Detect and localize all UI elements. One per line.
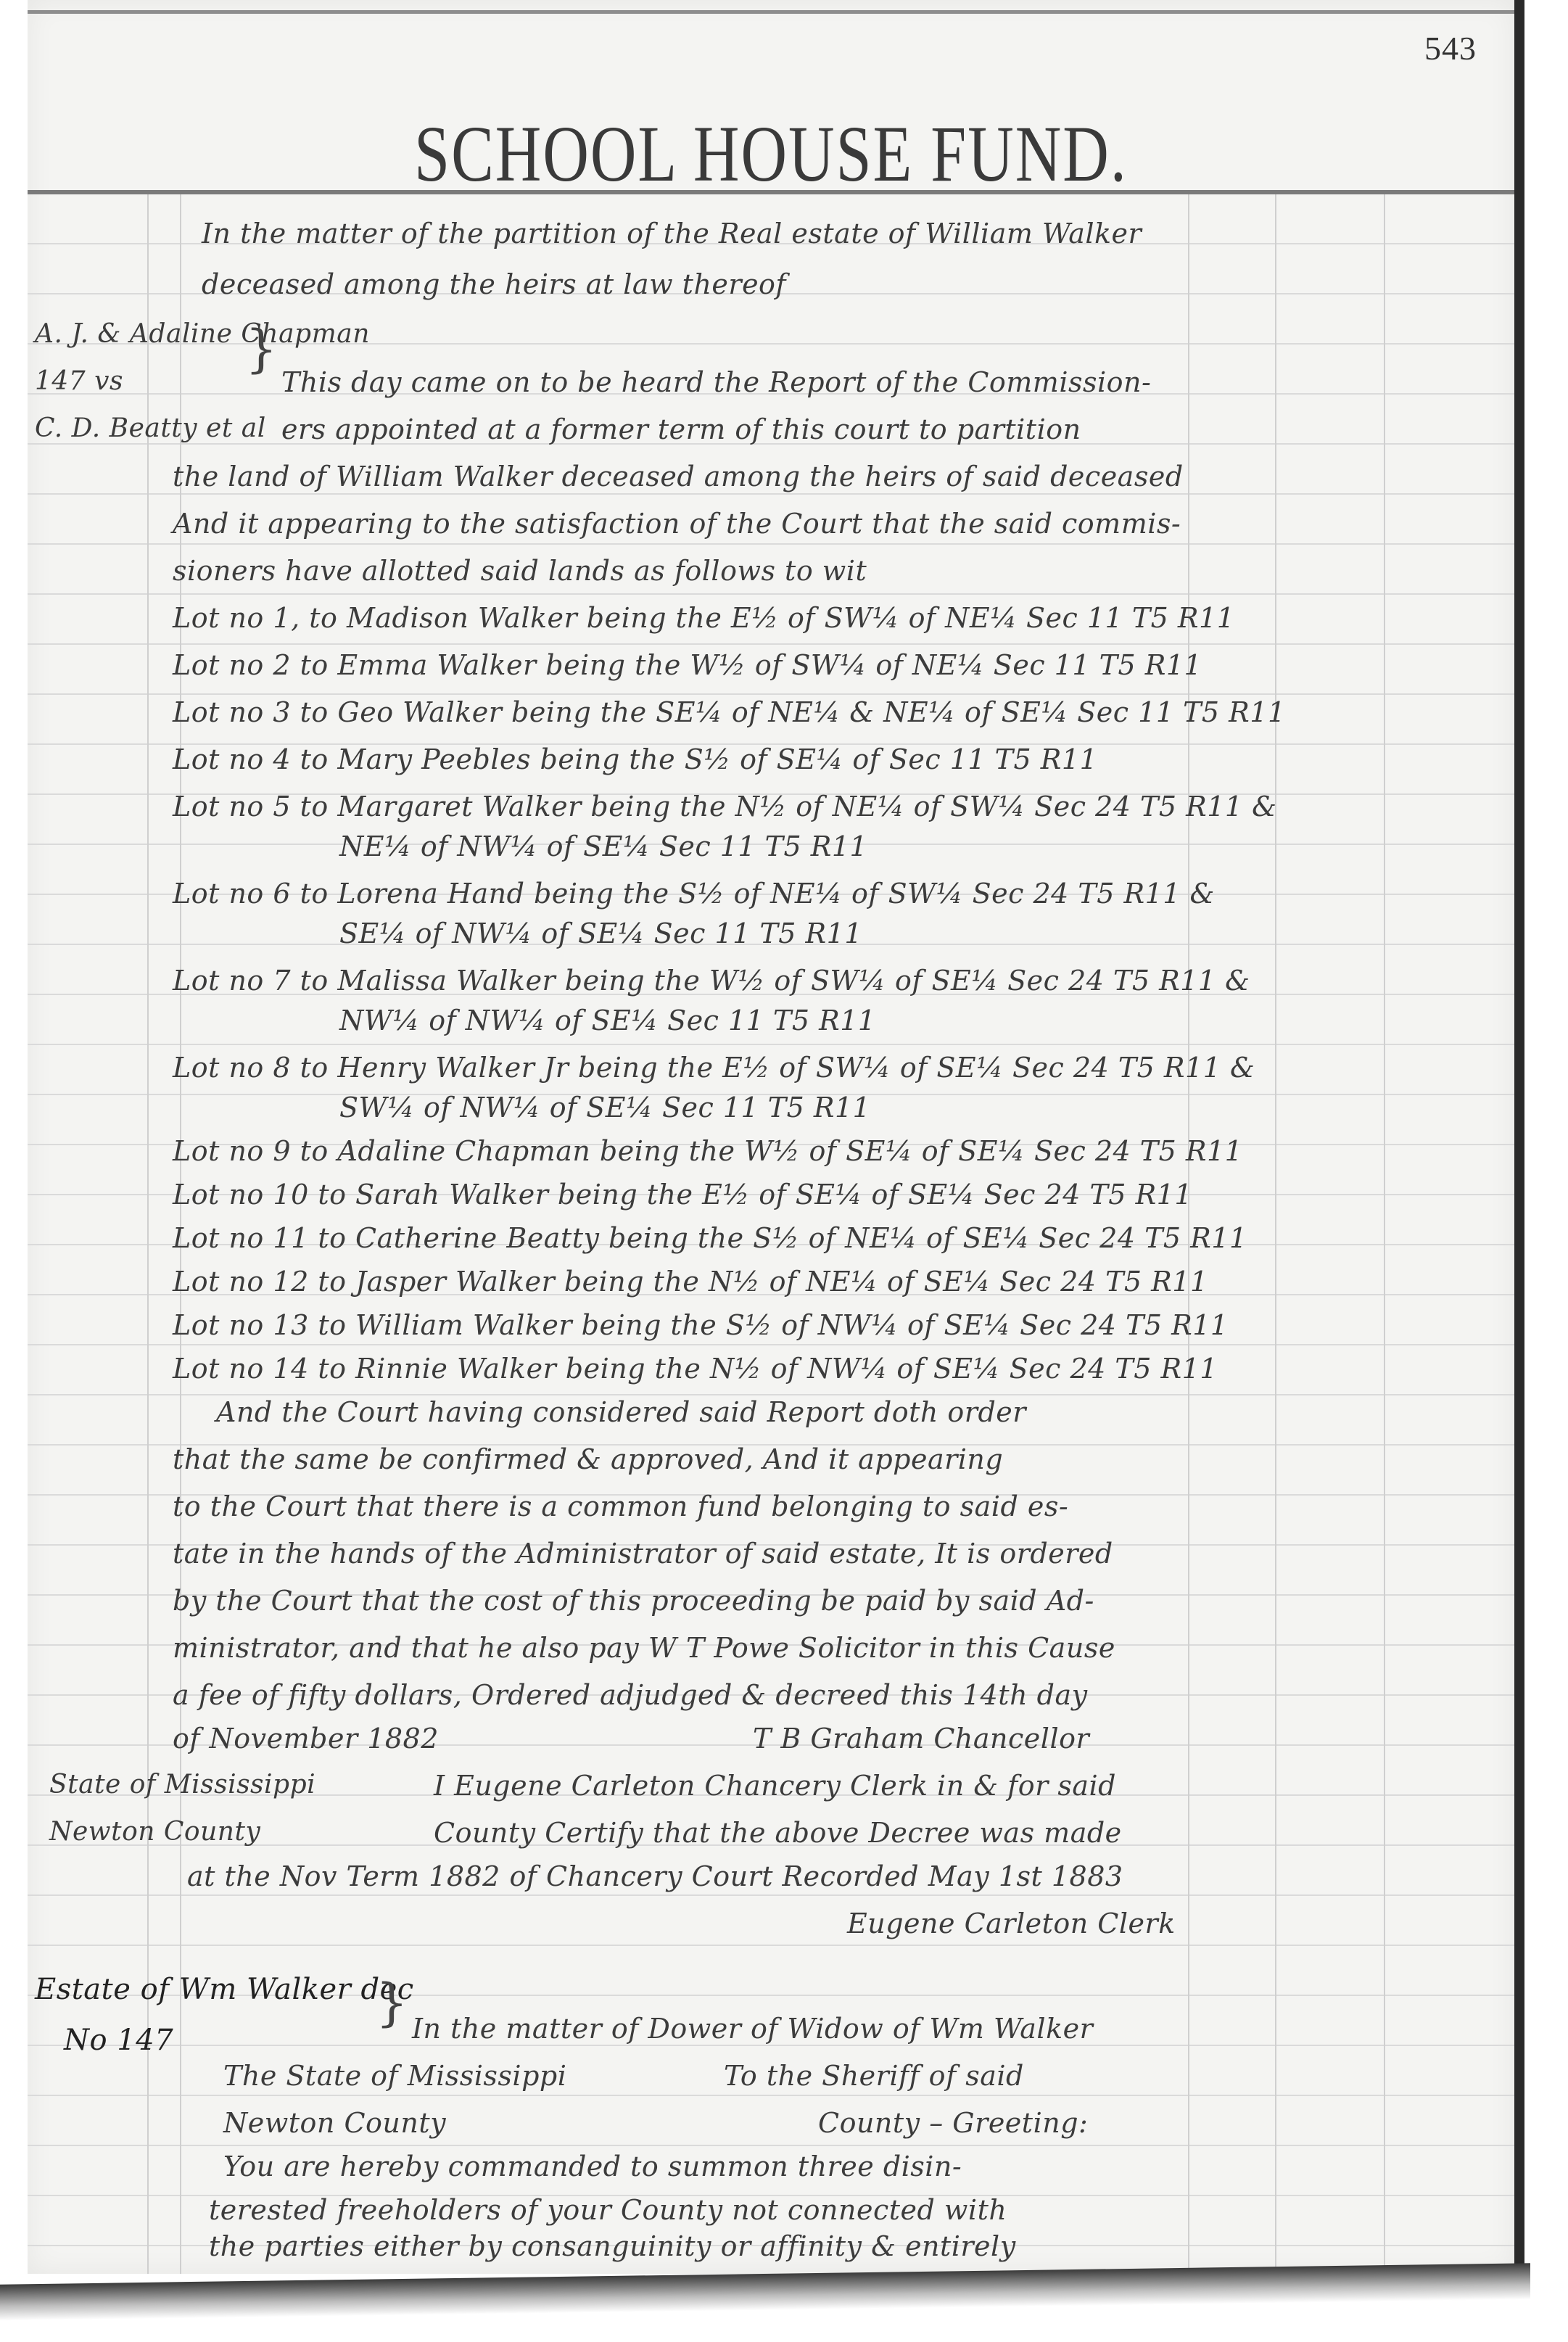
body-line: You are hereby commanded to summon three… bbox=[223, 2151, 962, 2182]
lot-line: SE¼ of NW¼ of SE¼ Sec 11 T5 R11 bbox=[339, 918, 862, 949]
decree-line: tate in the hands of the Administrator o… bbox=[173, 1538, 1113, 1570]
lot-line: Lot no 1, to Madison Walker being the E½… bbox=[173, 602, 1234, 634]
brace-icon: } bbox=[376, 1973, 408, 2032]
page-title: SCHOOL HOUSE FUND. bbox=[28, 109, 1514, 200]
decree-line: ministrator, and that he also pay W T Po… bbox=[173, 1632, 1115, 1664]
address-left: The State of Mississippi bbox=[223, 2060, 566, 2092]
body-line: And it appearing to the satisfaction of … bbox=[173, 508, 1181, 540]
page-number: 543 bbox=[1424, 29, 1477, 67]
entry-heading: In the matter of Dower of Widow of Wm Wa… bbox=[412, 2013, 1093, 2045]
certificate-margin: State of Mississippi bbox=[49, 1770, 315, 1799]
margin-party: 147 vs bbox=[35, 366, 123, 396]
chancellor-signature: T B Graham Chancellor bbox=[753, 1723, 1089, 1755]
lot-line: Lot no 12 to Jasper Walker being the N½ … bbox=[173, 1266, 1208, 1298]
certificate-line: at the Nov Term 1882 of Chancery Court R… bbox=[187, 1860, 1123, 1892]
decree-line: by the Court that the cost of this proce… bbox=[173, 1585, 1094, 1617]
amount-column-line bbox=[1275, 194, 1276, 2274]
ledger-page: 543 SCHOOL HOUSE FUND. In the matter of … bbox=[28, 0, 1524, 2274]
lot-line: Lot no 11 to Catherine Beatty being the … bbox=[173, 1222, 1247, 1254]
address-left: Newton County bbox=[223, 2107, 446, 2139]
lot-line: Lot no 10 to Sarah Walker being the E½ o… bbox=[173, 1179, 1192, 1211]
body-line: This day came on to be heard the Report … bbox=[281, 366, 1151, 398]
margin-party: C. D. Beatty et al bbox=[35, 413, 266, 443]
amount-column-line bbox=[1384, 194, 1385, 2274]
estate-margin: Estate of Wm Walker dec bbox=[35, 1973, 414, 2006]
lot-line: Lot no 9 to Adaline Chapman being the W½… bbox=[173, 1135, 1242, 1167]
clerk-signature: Eugene Carleton Clerk bbox=[847, 1908, 1176, 1939]
lot-line: Lot no 14 to Rinnie Walker being the N½ … bbox=[173, 1353, 1218, 1385]
body-line: ers appointed at a former term of this c… bbox=[281, 413, 1081, 445]
lot-line: Lot no 7 to Malissa Walker being the W½ … bbox=[173, 965, 1250, 997]
certificate-line: I Eugene Carleton Chancery Clerk in & fo… bbox=[434, 1770, 1116, 1802]
decree-line: a fee of fifty dollars, Ordered adjudged… bbox=[173, 1679, 1088, 1711]
decree-line: And the Court having considered said Rep… bbox=[216, 1396, 1026, 1428]
lot-line: SW¼ of NW¼ of SE¼ Sec 11 T5 R11 bbox=[339, 1092, 870, 1123]
lot-line: NE¼ of NW¼ of SE¼ Sec 11 T5 R11 bbox=[339, 830, 867, 862]
address-right: To the Sheriff of said bbox=[724, 2060, 1024, 2092]
margin-column-line bbox=[147, 194, 149, 2274]
lot-line: Lot no 4 to Mary Peebles being the S½ of… bbox=[173, 743, 1097, 775]
entry-heading-line: In the matter of the partition of the Re… bbox=[202, 218, 1142, 250]
lot-line: Lot no 2 to Emma Walker being the W½ of … bbox=[173, 649, 1202, 681]
entry-heading-line: deceased among the heirs at law thereof bbox=[202, 268, 786, 300]
lot-line: Lot no 3 to Geo Walker being the SE¼ of … bbox=[173, 696, 1286, 728]
estate-margin: No 147 bbox=[64, 2024, 173, 2057]
body-line: the parties either by consanguinity or a… bbox=[209, 2230, 1016, 2262]
body-line: the land of William Walker deceased amon… bbox=[173, 461, 1184, 492]
decree-line: of November 1882 bbox=[173, 1723, 439, 1755]
address-right: County – Greeting: bbox=[818, 2107, 1088, 2139]
body-line: sioners have allotted said lands as foll… bbox=[173, 555, 867, 587]
decree-line: to the Court that there is a common fund… bbox=[173, 1490, 1068, 1522]
body-line: terested freeholders of your County not … bbox=[209, 2194, 1007, 2226]
lot-line: Lot no 8 to Henry Walker Jr being the E½… bbox=[173, 1052, 1255, 1084]
certificate-margin: Newton County bbox=[49, 1817, 260, 1847]
top-rule bbox=[28, 10, 1514, 14]
lot-line: Lot no 6 to Lorena Hand being the S½ of … bbox=[173, 878, 1215, 910]
lot-line: Lot no 5 to Margaret Walker being the N½… bbox=[173, 791, 1276, 822]
lot-line: NW¼ of NW¼ of SE¼ Sec 11 T5 R11 bbox=[339, 1005, 876, 1036]
brace-icon: } bbox=[245, 319, 278, 379]
certificate-line: County Certify that the above Decree was… bbox=[434, 1817, 1122, 1849]
margin-party: A. J. & Adaline Chapman bbox=[35, 319, 370, 349]
decree-line: that the same be confirmed & approved, A… bbox=[173, 1443, 1003, 1475]
lot-line: Lot no 13 to William Walker being the S½… bbox=[173, 1309, 1229, 1341]
